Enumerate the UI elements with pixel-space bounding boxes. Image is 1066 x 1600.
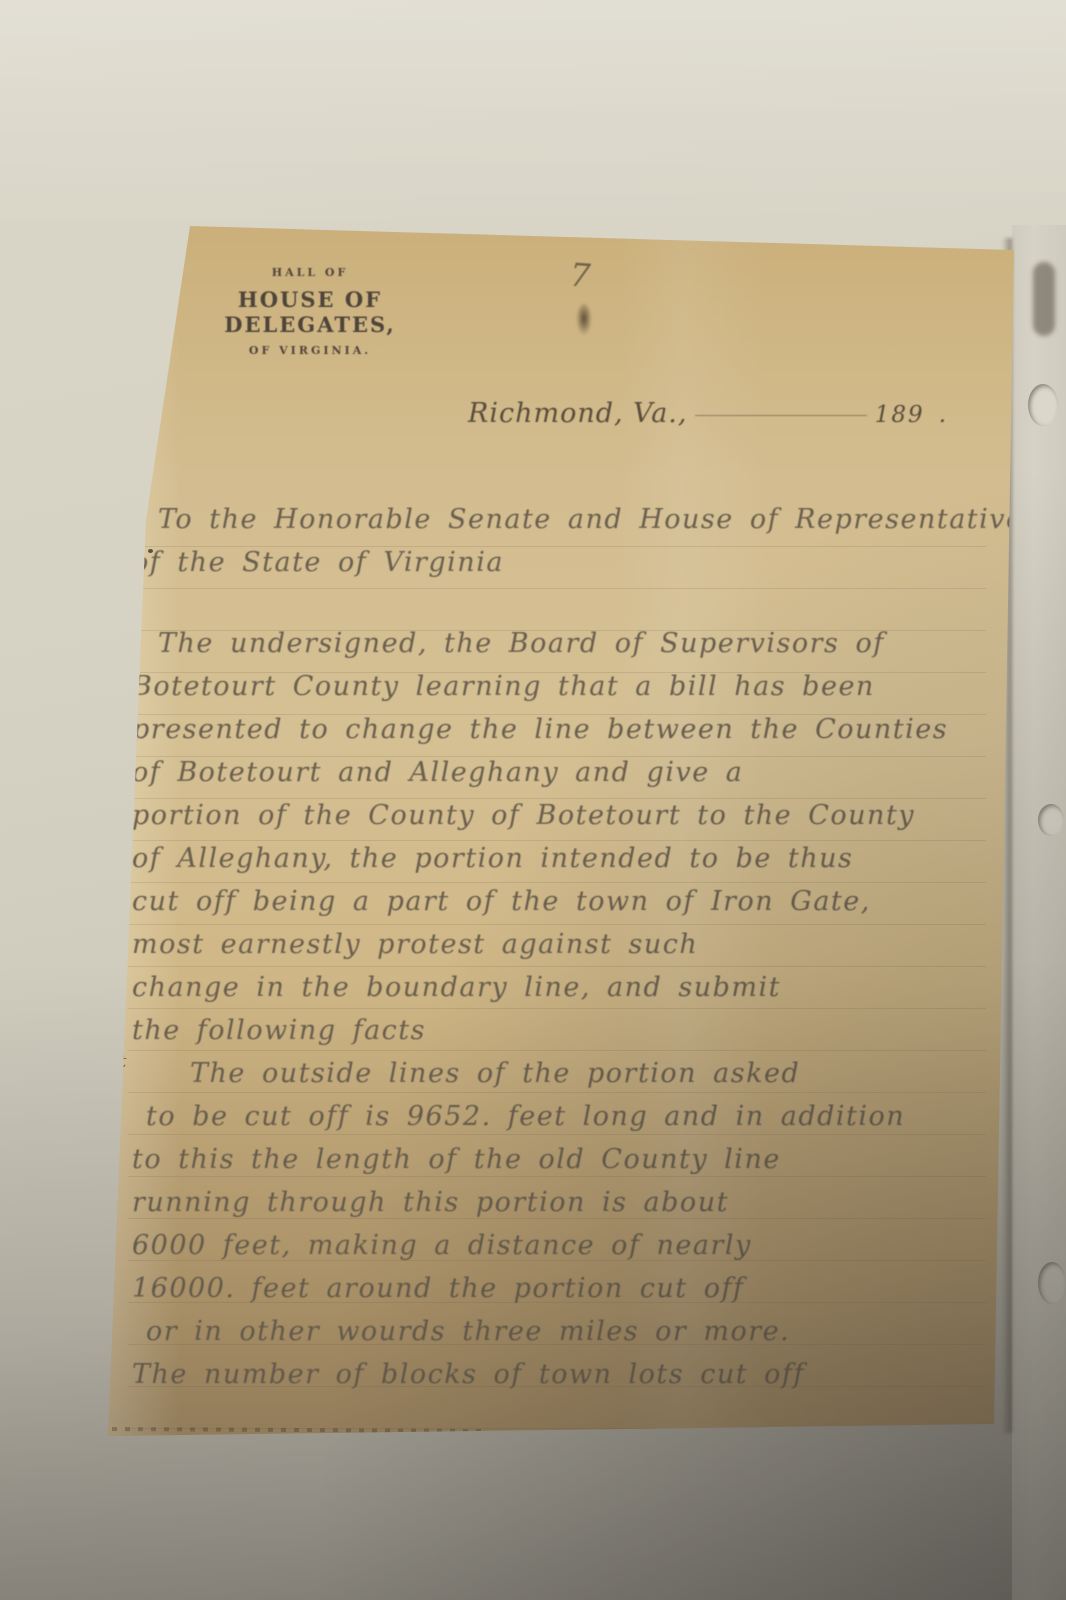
- photographed-letter: HALL OF HOUSE OF DELEGATES, OF VIRGINIA.…: [0, 0, 1066, 1600]
- photo-shadow-corner: [0, 0, 1066, 1600]
